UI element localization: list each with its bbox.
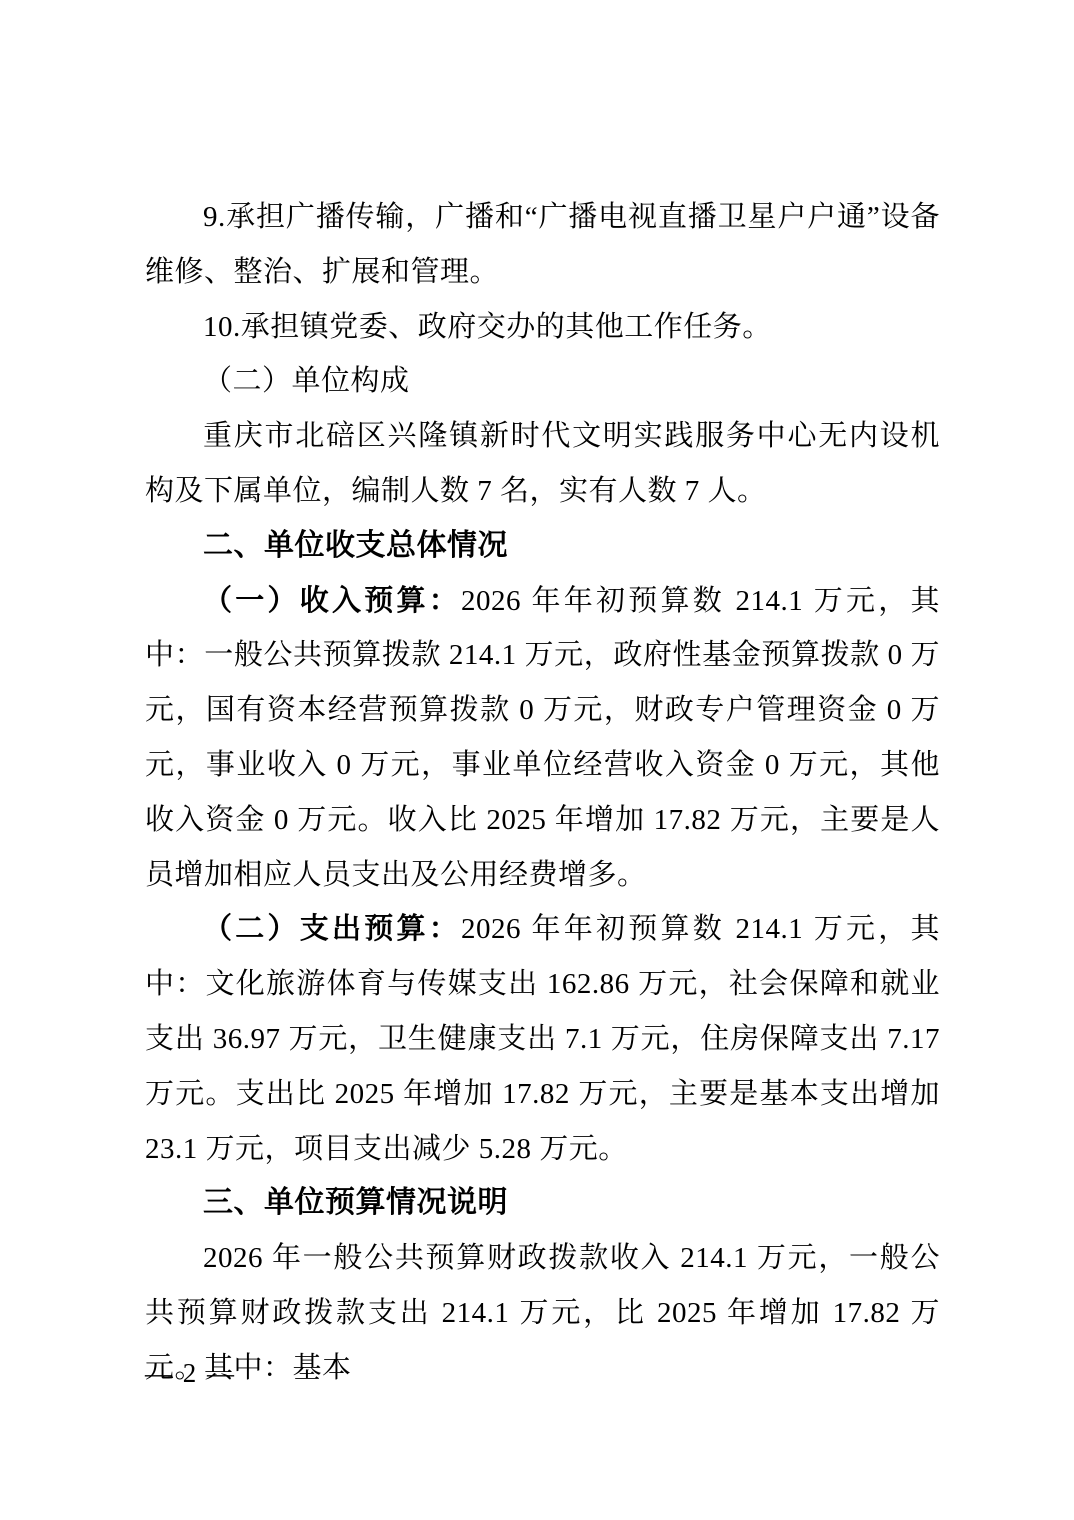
section-heading-budget-explanation: 三、单位预算情况说明 [145, 1176, 940, 1231]
subsection-heading-unit-composition: （二）单位构成 [145, 354, 940, 409]
body-paragraph-duty-10: 10.承担镇党委、政府交办的其他工作任务。 [145, 300, 940, 355]
body-paragraph-revenue-budget: （一）收入预算：2026 年年初预算数 214.1 万元，其中：一般公共预算拨款… [145, 574, 940, 903]
body-paragraph-duty-9: 9.承担广播传输，广播和“广播电视直播卫星户户通”设备维修、整治、扩展和管理。 [145, 190, 940, 300]
paragraph-lead-revenue-budget: （一）收入预算： [203, 585, 461, 617]
body-paragraph-unit-composition: 重庆市北碚区兴隆镇新时代文明实践服务中心无内设机构及下属单位，编制人数 7 名，… [145, 409, 940, 519]
section-heading-revenue-expenditure-overview: 二、单位收支总体情况 [145, 519, 940, 574]
body-paragraph-budget-explanation: 2026 年一般公共预算财政拨款收入 214.1 万元，一般公共预算财政拨款支出… [145, 1231, 940, 1395]
body-paragraph-expenditure-budget: （二）支出预算：2026 年年初预算数 214.1 万元，其中：文化旅游体育与传… [145, 902, 940, 1176]
document-body: 9.承担广播传输，广播和“广播电视直播卫星户户通”设备维修、整治、扩展和管理。 … [145, 190, 940, 1396]
page-number: — 2 — [145, 1356, 236, 1390]
document-page: 9.承担广播传输，广播和“广播电视直播卫星户户通”设备维修、整治、扩展和管理。 … [0, 0, 1074, 1520]
paragraph-text-expenditure-budget: 2026 年年初预算数 214.1 万元，其中：文化旅游体育与传媒支出 162.… [145, 913, 940, 1164]
paragraph-text-revenue-budget: 2026 年年初预算数 214.1 万元，其中：一般公共预算拨款 214.1 万… [145, 585, 940, 891]
paragraph-lead-expenditure-budget: （二）支出预算： [203, 913, 461, 945]
